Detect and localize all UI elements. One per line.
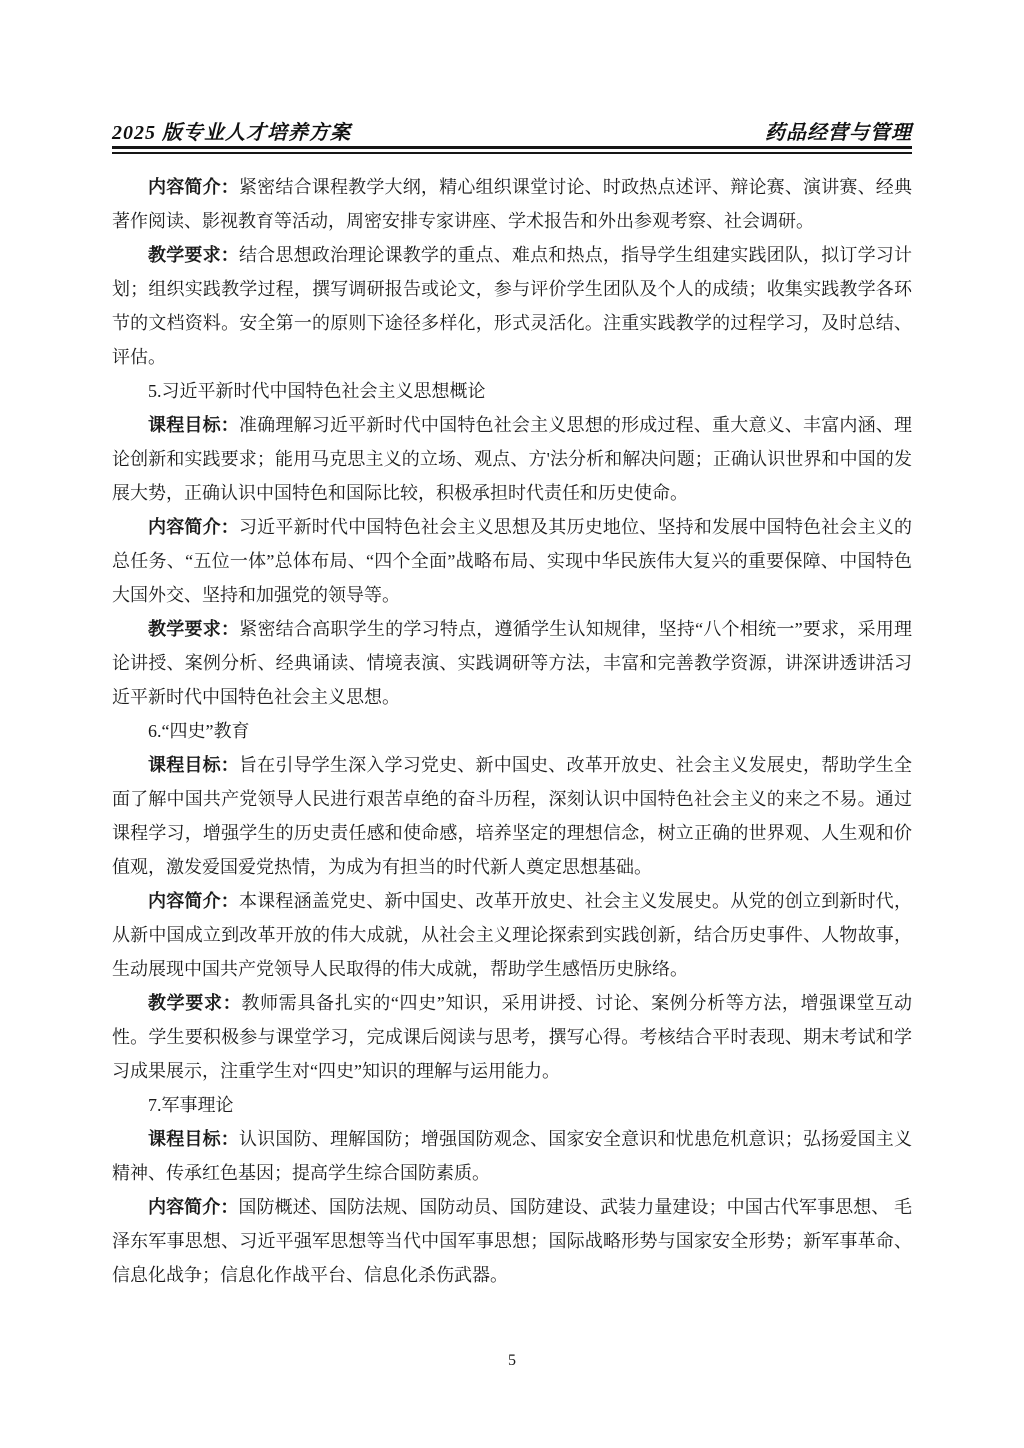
document-page: 2025 版专业人才培养方案 药品经营与管理 内容简介：紧密结合课程教学大纲，精… (0, 0, 1024, 1448)
paragraph: 课程目标：认识国防、理解国防；增强国防观念、国家安全意识和忧患危机意识；弘扬爱国… (112, 1122, 912, 1190)
paragraph: 内容简介：习近平新时代中国特色社会主义思想及其历史地位、坚持和发展中国特色社会主… (112, 510, 912, 612)
paragraph-label: 内容简介： (148, 1197, 238, 1217)
paragraph-label: 内容简介： (148, 891, 239, 911)
paragraph: 课程目标：旨在引导学生深入学习党史、新中国史、改革开放史、社会主义发展史，帮助学… (112, 748, 912, 884)
paragraph-label: 内容简介： (148, 177, 239, 197)
paragraph: 教学要求：教师需具备扎实的“四史”知识，采用讲授、讨论、案例分析等方法，增强课堂… (112, 986, 912, 1088)
page-footer: 5 (0, 1352, 1024, 1370)
paragraph: 教学要求：结合思想政治理论课教学的重点、难点和热点，指导学生组建实践团队，拟订学… (112, 238, 912, 374)
section-heading: 7.军事理论 (112, 1088, 912, 1122)
header-left-title: 2025 版专业人才培养方案 (112, 116, 351, 145)
paragraph-label: 内容简介： (148, 517, 239, 537)
paragraph-label: 课程目标： (148, 415, 239, 435)
paragraph-text: 5.习近平新时代中国特色社会主义思想概论 (148, 381, 486, 401)
paragraph-text: 6.“四史”教育 (148, 721, 249, 741)
page-header: 2025 版专业人才培养方案 药品经营与管理 (112, 116, 912, 145)
paragraph-text: 7.军事理论 (148, 1095, 234, 1115)
header-right-title: 药品经营与管理 (765, 116, 912, 145)
paragraph-label: 教学要求： (148, 245, 239, 265)
header-divider-rule (112, 146, 912, 154)
paragraph-label: 教学要求： (148, 993, 241, 1013)
paragraph: 内容简介：本课程涵盖党史、新中国史、改革开放史、社会主义发展史。从党的创立到新时… (112, 884, 912, 986)
paragraph-label: 教学要求： (148, 619, 239, 639)
paragraph: 教学要求：紧密结合高职学生的学习特点，遵循学生认知规律，坚持“八个相统一”要求，… (112, 612, 912, 714)
document-body: 内容简介：紧密结合课程教学大纲，精心组织课堂讨论、时政热点述评、辩论赛、演讲赛、… (112, 170, 912, 1292)
section-heading: 5.习近平新时代中国特色社会主义思想概论 (112, 374, 912, 408)
paragraph: 内容简介：国防概述、国防法规、国防动员、国防建设、武装力量建设；中国古代军事思想… (112, 1190, 912, 1292)
paragraph-list: 内容简介：紧密结合课程教学大纲，精心组织课堂讨论、时政热点述评、辩论赛、演讲赛、… (112, 170, 912, 1292)
paragraph-label: 课程目标： (148, 755, 239, 775)
paragraph-label: 课程目标： (148, 1129, 239, 1149)
page-number: 5 (508, 1352, 516, 1369)
paragraph: 内容简介：紧密结合课程教学大纲，精心组织课堂讨论、时政热点述评、辩论赛、演讲赛、… (112, 170, 912, 238)
paragraph: 课程目标：准确理解习近平新时代中国特色社会主义思想的形成过程、重大意义、丰富内涵… (112, 408, 912, 510)
section-heading: 6.“四史”教育 (112, 714, 912, 748)
